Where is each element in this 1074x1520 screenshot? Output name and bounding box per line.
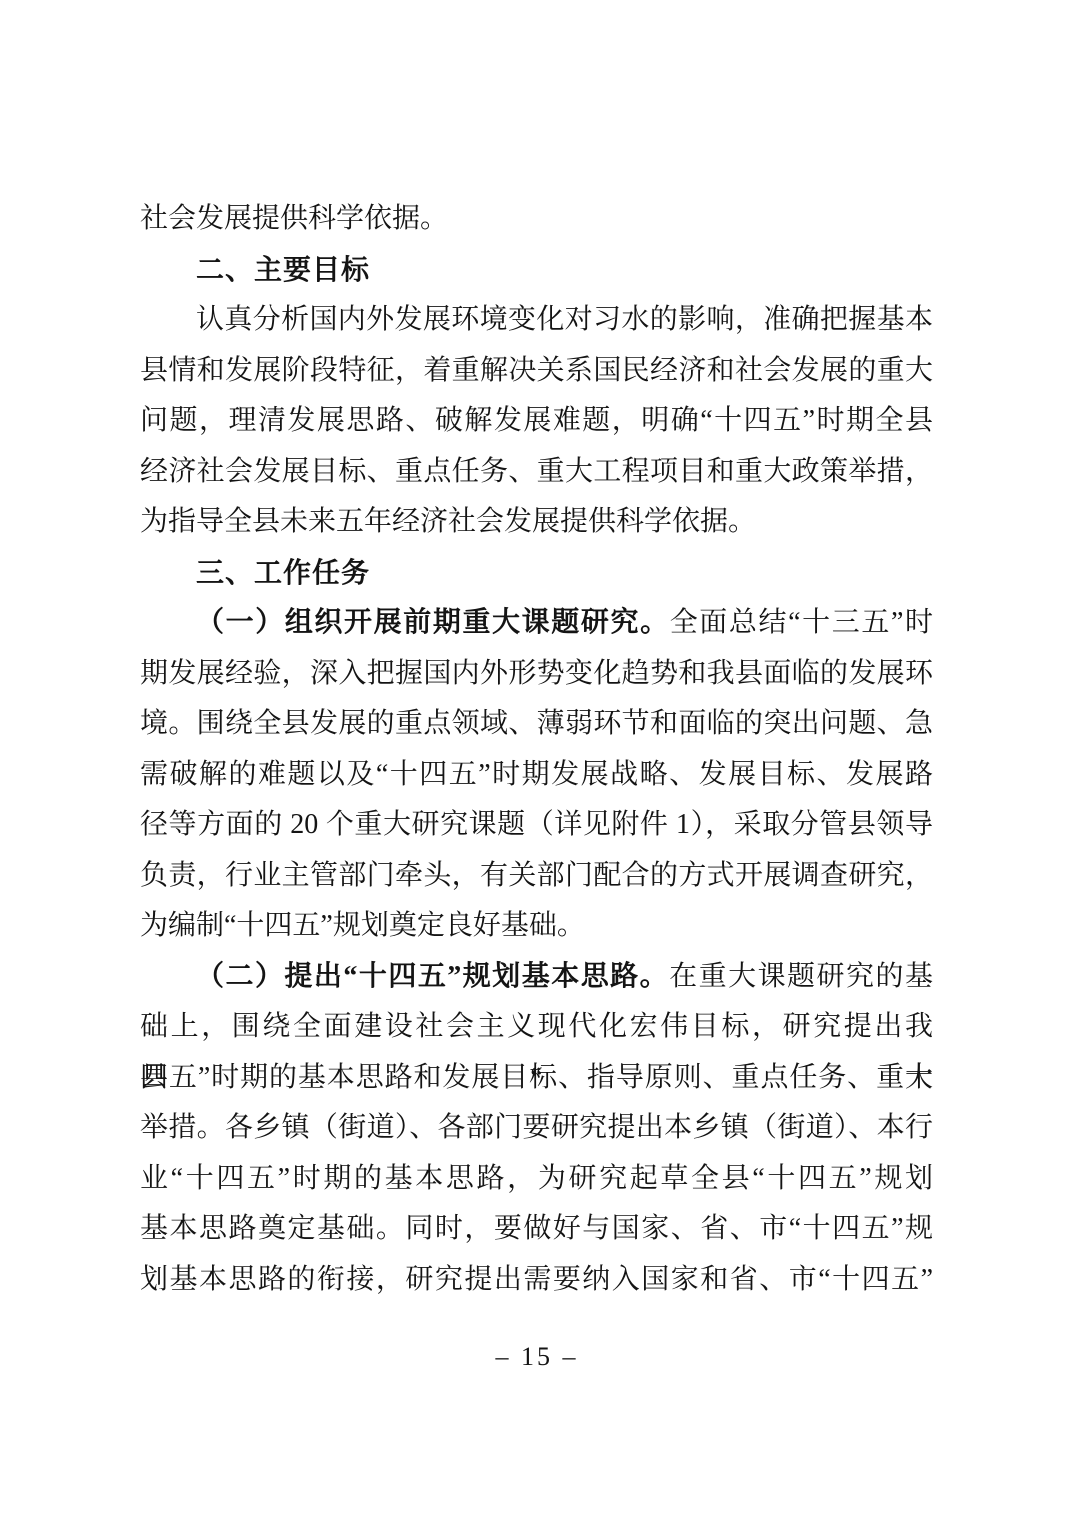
body-line: 四五”时期的基本思路和发展目标、指导原则、重点任务、重大 xyxy=(140,1053,933,1104)
body-line: 为指导全县未来五年经济社会发展提供科学依据。 xyxy=(140,497,933,548)
document-page: 社会发展提供科学依据。 二、主要目标 认真分析国内外发展环境变化对习水的影响，准… xyxy=(0,0,1074,1520)
body-line: 社会发展提供科学依据。 xyxy=(140,194,933,245)
body-line: （一）组织开展前期重大课题研究。全面总结“十三五”时 xyxy=(140,598,933,649)
body-text: 在重大课题研究的基 xyxy=(669,961,933,992)
body-line: 举措。各乡镇（街道）、各部门要研究提出本乡镇（街道）、本行 xyxy=(140,1103,933,1154)
body-text: 全面总结“十三五”时 xyxy=(670,607,933,638)
body-line: 划基本思路的衔接，研究提出需要纳入国家和省、市“十四五” xyxy=(140,1255,933,1306)
body-line: 基本思路奠定基础。同时，要做好与国家、省、市“十四五”规 xyxy=(140,1204,933,1255)
body-line: 负责，行业主管部门牵头，有关部门配合的方式开展调查研究， xyxy=(140,851,933,902)
page-number: – 15 – xyxy=(0,1342,1074,1372)
subitem-title-2: （二）提出“十四五”规划基本思路。 xyxy=(196,961,669,992)
body-line: 需破解的难题以及“十四五”时期发展战略、发展目标、发展路 xyxy=(140,750,933,801)
section-heading-work-tasks: 三、工作任务 xyxy=(140,548,933,599)
body-line: 问题，理清发展思路、破解发展难题，明确“十四五”时期全县 xyxy=(140,396,933,447)
body-line: 境。围绕全县发展的重点领域、薄弱环节和面临的突出问题、急 xyxy=(140,699,933,750)
body-line: 础上，围绕全面建设社会主义现代化宏伟目标，研究提出我县“十 xyxy=(140,1002,933,1053)
body-line: 经济社会发展目标、重点任务、重大工程项目和重大政策举措， xyxy=(140,447,933,498)
body-line: 认真分析国内外发展环境变化对习水的影响，准确把握基本 xyxy=(140,295,933,346)
section-heading-main-goals: 二、主要目标 xyxy=(140,245,933,296)
body-line: （二）提出“十四五”规划基本思路。在重大课题研究的基 xyxy=(140,952,933,1003)
body-line: 期发展经验，深入把握国内外形势变化趋势和我县面临的发展环 xyxy=(140,649,933,700)
body-line: 业“十四五”时期的基本思路，为研究起草全县“十四五”规划 xyxy=(140,1154,933,1205)
body-line: 径等方面的 20 个重大研究课题（详见附件 1），采取分管县领导 xyxy=(140,800,933,851)
document-body: 社会发展提供科学依据。 二、主要目标 认真分析国内外发展环境变化对习水的影响，准… xyxy=(140,194,933,1305)
body-line: 为编制“十四五”规划奠定良好基础。 xyxy=(140,901,933,952)
body-line: 县情和发展阶段特征，着重解决关系国民经济和社会发展的重大 xyxy=(140,346,933,397)
subitem-title-1: （一）组织开展前期重大课题研究。 xyxy=(196,607,670,638)
